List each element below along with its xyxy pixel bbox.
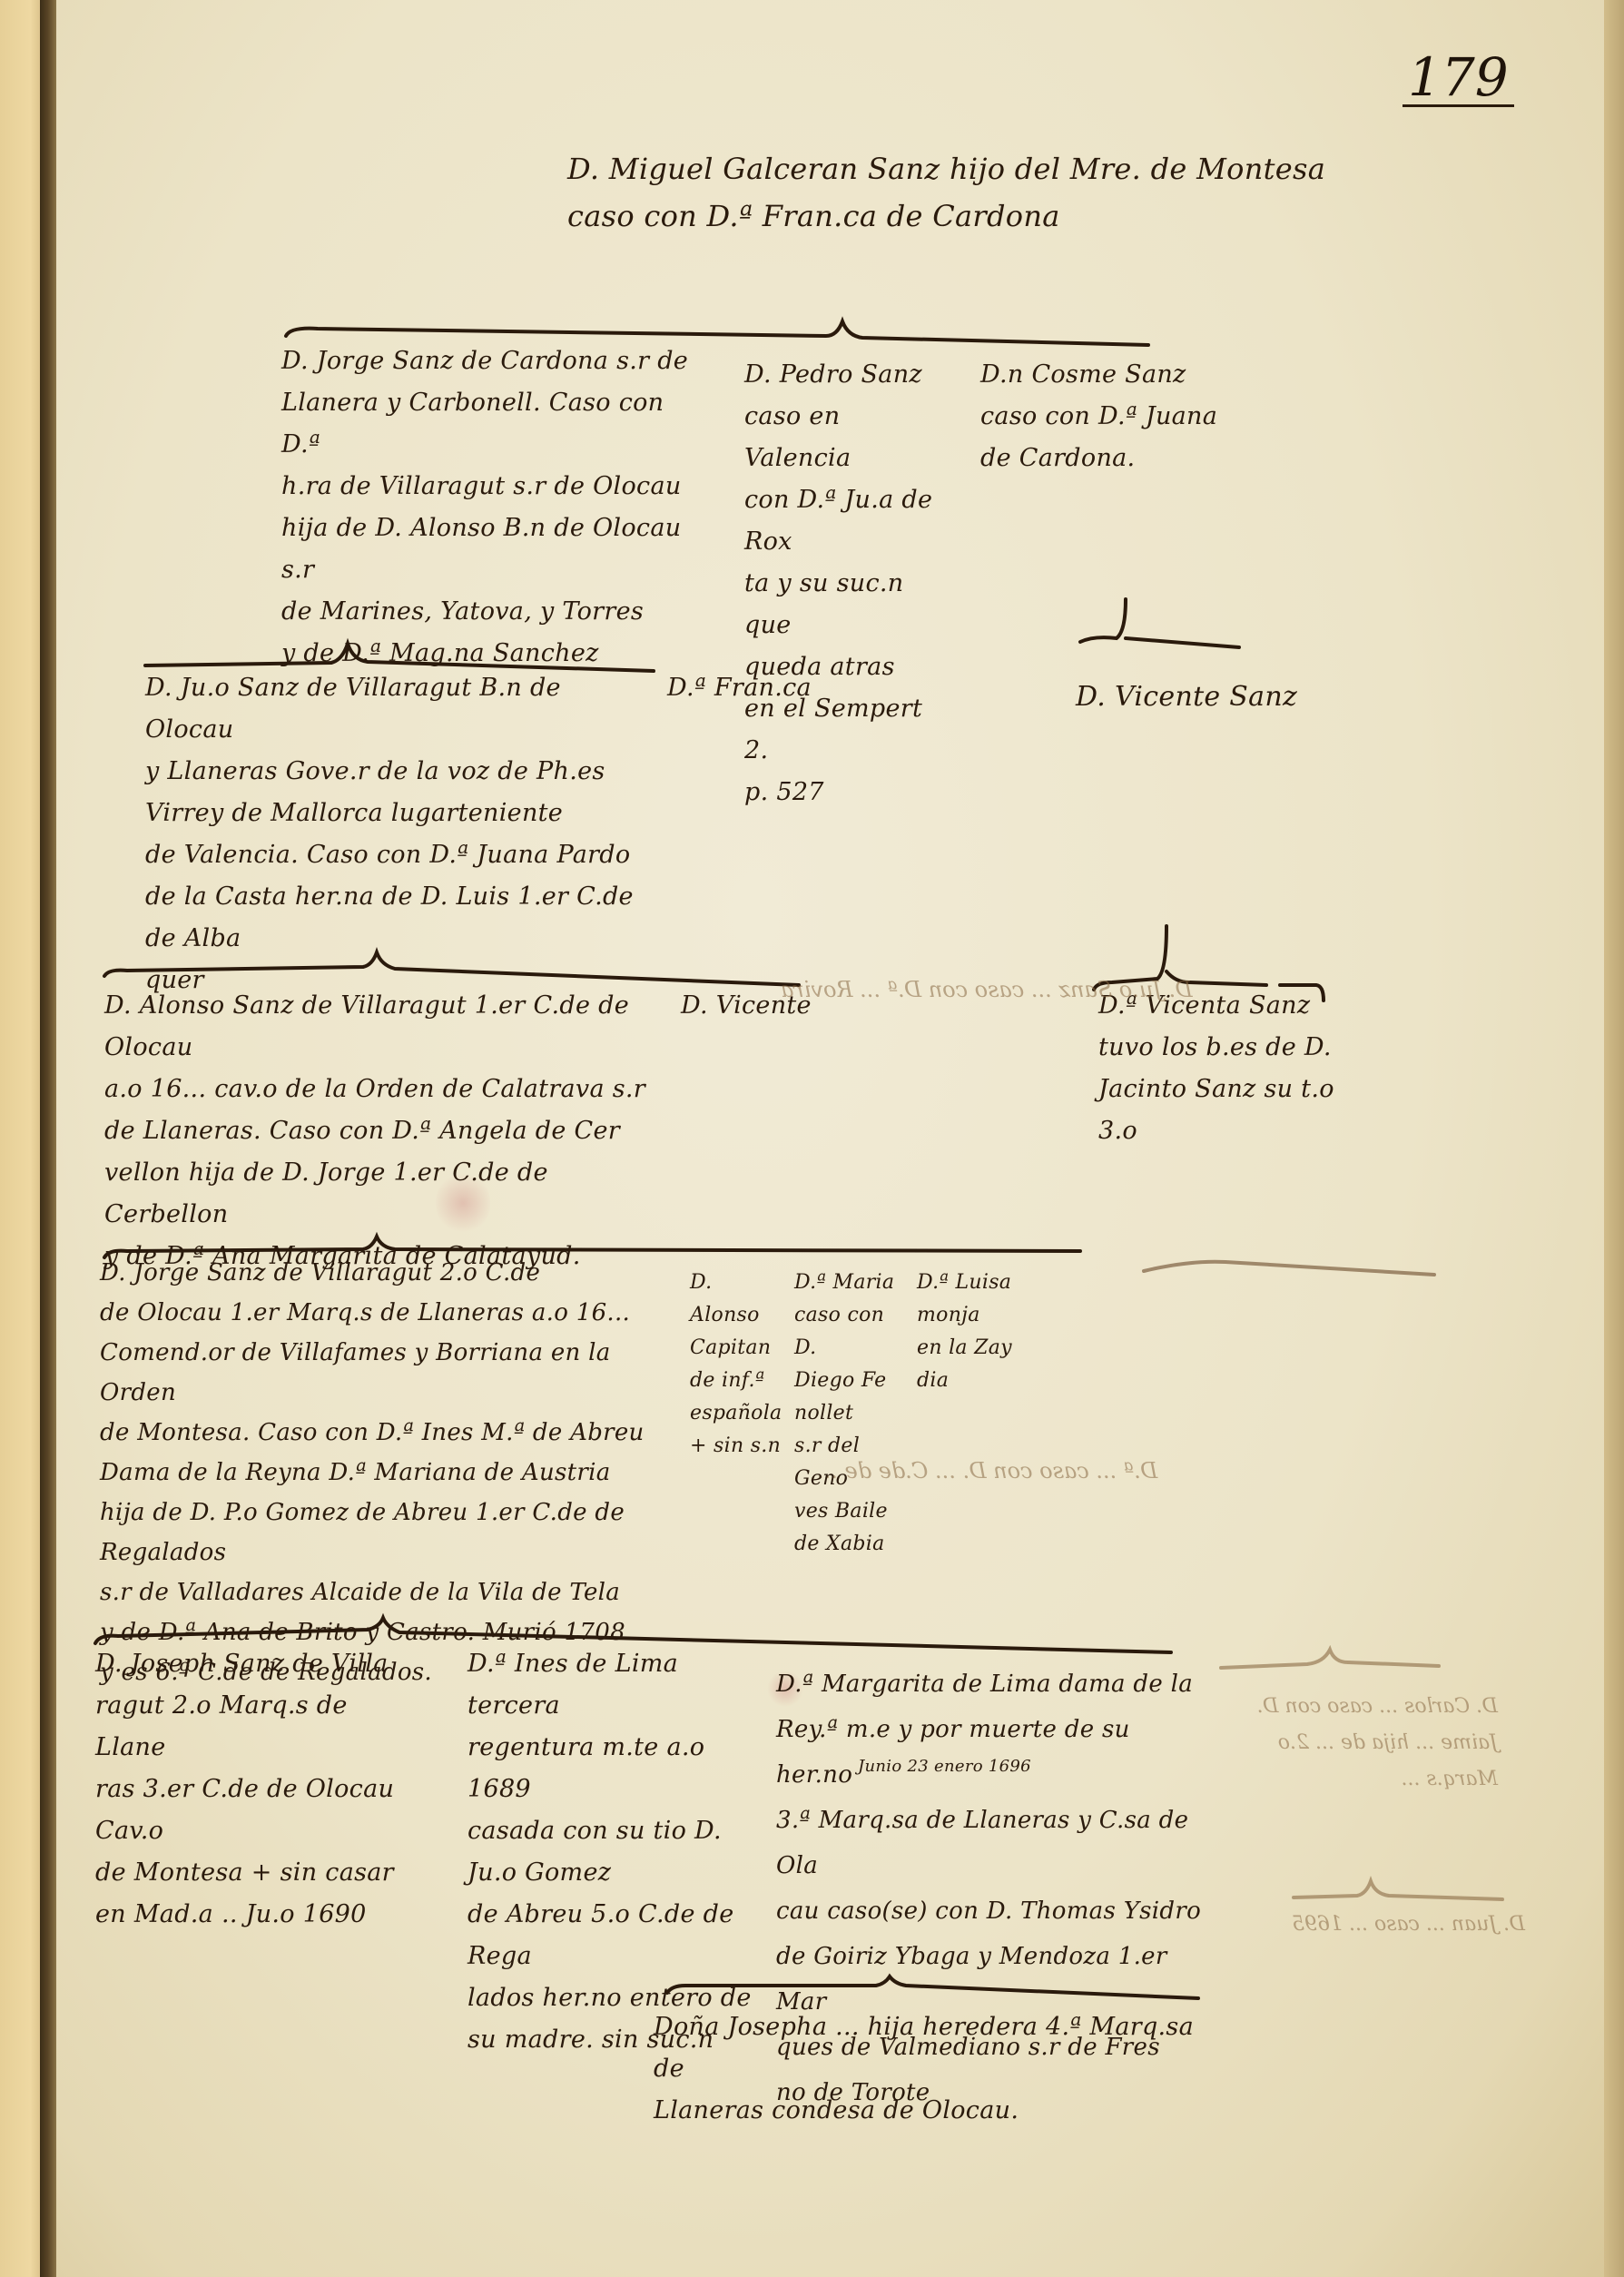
- brace-bleed-through: [1216, 1648, 1452, 1675]
- sibling-alonso: D. Alonso Capitan de inf.ª española + si…: [690, 1267, 785, 1463]
- bleed-through-text: D. Carlos ... caso con D. Jaime ... hija…: [1225, 1689, 1498, 1798]
- facing-page-edge: [0, 0, 44, 2277]
- folio-number: 179: [1403, 50, 1514, 107]
- brace-bleed-through: [1289, 1879, 1507, 1907]
- person-josepha: Doña Josepha ... hija heredera 4.ª Marq.…: [654, 2006, 1216, 2132]
- brace-generation-6: [663, 1975, 1207, 2011]
- page-edge: [1604, 0, 1624, 2277]
- brace-generation-3: [100, 949, 808, 985]
- marginal-date-note: Junio 23 enero 1696: [858, 1757, 1031, 1777]
- header-line-1: D. Miguel Galceran Sanz hijo del Mre. de…: [567, 145, 1325, 192]
- brace-cosme-child: [1076, 595, 1257, 658]
- person-pedro-sanz: D. Pedro Sanz caso en Valencia con D.ª J…: [744, 354, 944, 813]
- sibling-luisa: D.ª Luisa monja en la Zay dia: [917, 1267, 1017, 1397]
- person-vicente-sanz: D. Vicente Sanz: [1076, 676, 1297, 718]
- person-jorge-sanz-cardona: D. Jorge Sanz de Cardona s.r de Llanera …: [281, 340, 699, 675]
- book-gutter: [40, 0, 56, 2277]
- person-joseph-sanz: D. Joseph Sanz de Villa ragut 2.o Marq.s…: [95, 1643, 422, 1936]
- bleed-through-text: D. Juan ... caso ... 1695: [1271, 1907, 1525, 1943]
- person-alonso-sanz-villaragut: D. Alonso Sanz de Villaragut 1.er C.de d…: [104, 985, 667, 1277]
- bleed-through-text: D. Ju.o Sanz ... caso con D.ª ... Rovira: [781, 971, 1193, 1008]
- person-cosme-sanz: D.n Cosme Sanz caso con D.ª Juana de Car…: [980, 354, 1253, 479]
- sibling-francisca: D.ª Fran.ca: [667, 667, 812, 709]
- person-vicenta-sanz: D.ª Vicenta Sanz tuvo los b.es de D. Jac…: [1098, 985, 1371, 1152]
- sibling-maria: D.ª Maria caso con D. Diego Fe nollet s.…: [794, 1267, 903, 1561]
- header-line-2: caso con D.ª Fran.ca de Cardona: [567, 192, 1060, 240]
